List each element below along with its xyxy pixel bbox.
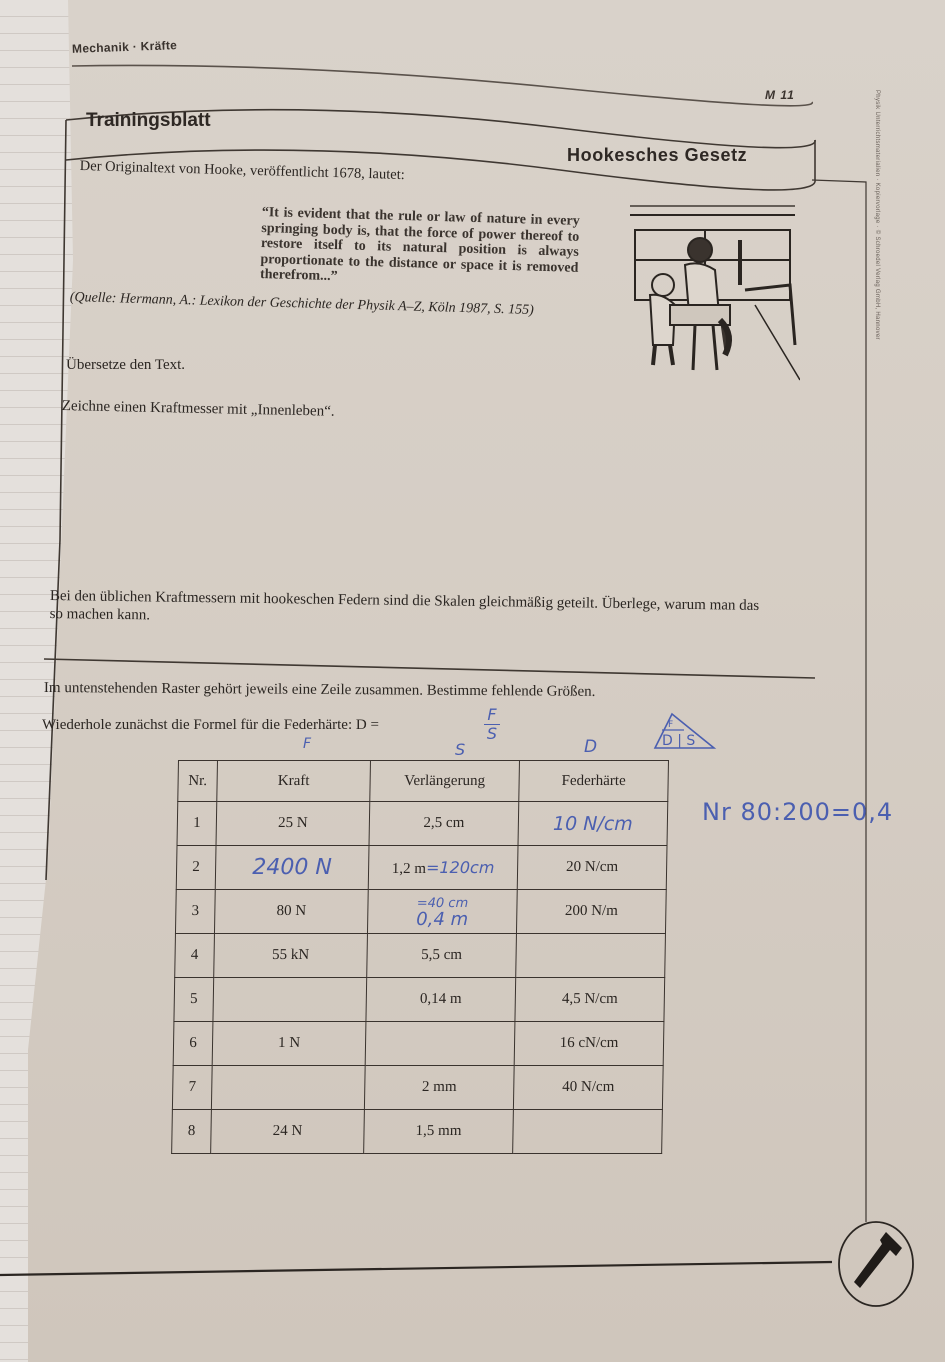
cell-kraft-empty[interactable] <box>213 978 367 1022</box>
table-row: 1 25 N 2,5 cm 10 N/cm <box>177 802 668 846</box>
printed-value: 1,2 m <box>392 861 426 877</box>
cartoon-shop-scene-icon <box>625 195 800 385</box>
handwritten-answer-bottom: 0,4 m <box>368 912 516 928</box>
cell-federhaerte-empty[interactable] <box>516 934 666 978</box>
cell-verlaengerung-empty[interactable] <box>365 1022 515 1066</box>
formula-numerator: F <box>487 705 496 724</box>
cell-kraft: 55 kN <box>214 934 368 978</box>
cell-verlaengerung: 1,2 m=120cm <box>368 846 518 890</box>
table-row: 5 0,14 m 4,5 N/cm <box>174 978 665 1022</box>
sheet-type: Trainingsblatt <box>86 110 211 132</box>
handwritten-label-hardness: D <box>584 737 597 757</box>
cell-verlaengerung[interactable]: =40 cm 0,4 m <box>367 890 517 934</box>
hammer-icon <box>836 1218 916 1308</box>
handwritten-answer: 2400 N <box>252 855 332 880</box>
spring-data-table: Nr. Kraft Verlängerung Federhärte 1 25 N… <box>171 760 669 1154</box>
triangle-bottom-label: D | S <box>662 733 695 749</box>
cell-kraft: 1 N <box>212 1022 366 1066</box>
cell-verlaengerung: 5,5 cm <box>367 934 517 978</box>
task-translate: Übersetze den Text. <box>66 357 185 374</box>
table-header-row: Nr. Kraft Verlängerung Federhärte <box>178 761 669 802</box>
cell-federhaerte: 40 N/cm <box>513 1066 663 1110</box>
cell-federhaerte[interactable]: 10 N/cm <box>518 802 668 846</box>
cell-federhaerte: 16 cN/cm <box>514 1022 664 1066</box>
cell-verlaengerung: 0,14 m <box>366 978 516 1022</box>
cell-verlaengerung: 2,5 cm <box>369 802 519 846</box>
handwritten-answer: =120cm <box>426 858 495 877</box>
topic-title: Hookesches Gesetz <box>567 145 747 166</box>
cell-verlaengerung: 1,5 mm <box>364 1110 514 1154</box>
table-row: 4 55 kN 5,5 cm <box>175 934 666 978</box>
header-nr: Nr. <box>178 761 218 802</box>
cell-nr: 7 <box>172 1066 212 1110</box>
cell-kraft: 24 N <box>211 1110 365 1154</box>
cell-nr: 6 <box>173 1022 213 1066</box>
formula-denominator: S <box>487 724 497 743</box>
cell-nr: 2 <box>176 846 216 890</box>
sheet-code: M 11 <box>765 88 795 102</box>
handwritten-formula: F S <box>484 706 500 743</box>
cell-verlaengerung: 2 mm <box>364 1066 514 1110</box>
header-federhaerte: Federhärte <box>519 761 669 802</box>
table-row: 2 2400 N 1,2 m=120cm 20 N/cm <box>176 846 667 890</box>
handwritten-side-note: Nr 80:200=0,4 <box>702 798 893 826</box>
header-kraft: Kraft <box>217 761 371 802</box>
handwritten-label-force: F <box>303 736 311 752</box>
cell-federhaerte: 200 N/m <box>516 890 666 934</box>
table-row: 6 1 N 16 cN/cm <box>173 1022 664 1066</box>
cell-nr: 8 <box>172 1110 212 1154</box>
formula-triangle-icon: F D | S <box>652 712 717 752</box>
triangle-top-label: F <box>668 720 673 730</box>
cell-federhaerte: 4,5 N/cm <box>515 978 665 1022</box>
cell-federhaerte: 20 N/cm <box>517 846 667 890</box>
header-verlaengerung: Verlängerung <box>370 761 520 802</box>
cell-nr: 3 <box>175 890 215 934</box>
handwritten-label-extension: S <box>455 740 465 759</box>
task-formula: Wiederhole zunächst die Formel für die F… <box>42 717 379 734</box>
handwritten-answer: 10 N/cm <box>553 813 633 835</box>
cell-kraft: 25 N <box>216 802 370 846</box>
cell-nr: 5 <box>174 978 214 1022</box>
cell-kraft-empty[interactable] <box>211 1066 365 1110</box>
cell-federhaerte-empty[interactable] <box>513 1110 663 1154</box>
cell-kraft[interactable]: 2400 N <box>215 846 369 890</box>
publisher-imprint: Physik Unterrichtsmaterialien · Kopiervo… <box>874 90 880 390</box>
table-row: 7 2 mm 40 N/cm <box>172 1066 663 1110</box>
cell-nr: 1 <box>177 802 217 846</box>
cell-nr: 4 <box>175 934 215 978</box>
table-row: 8 24 N 1,5 mm <box>172 1110 663 1154</box>
hooke-quote: “It is evident that the rule or law of n… <box>260 205 580 291</box>
table-row: 3 80 N =40 cm 0,4 m 200 N/m <box>175 890 666 934</box>
cell-kraft: 80 N <box>214 890 368 934</box>
